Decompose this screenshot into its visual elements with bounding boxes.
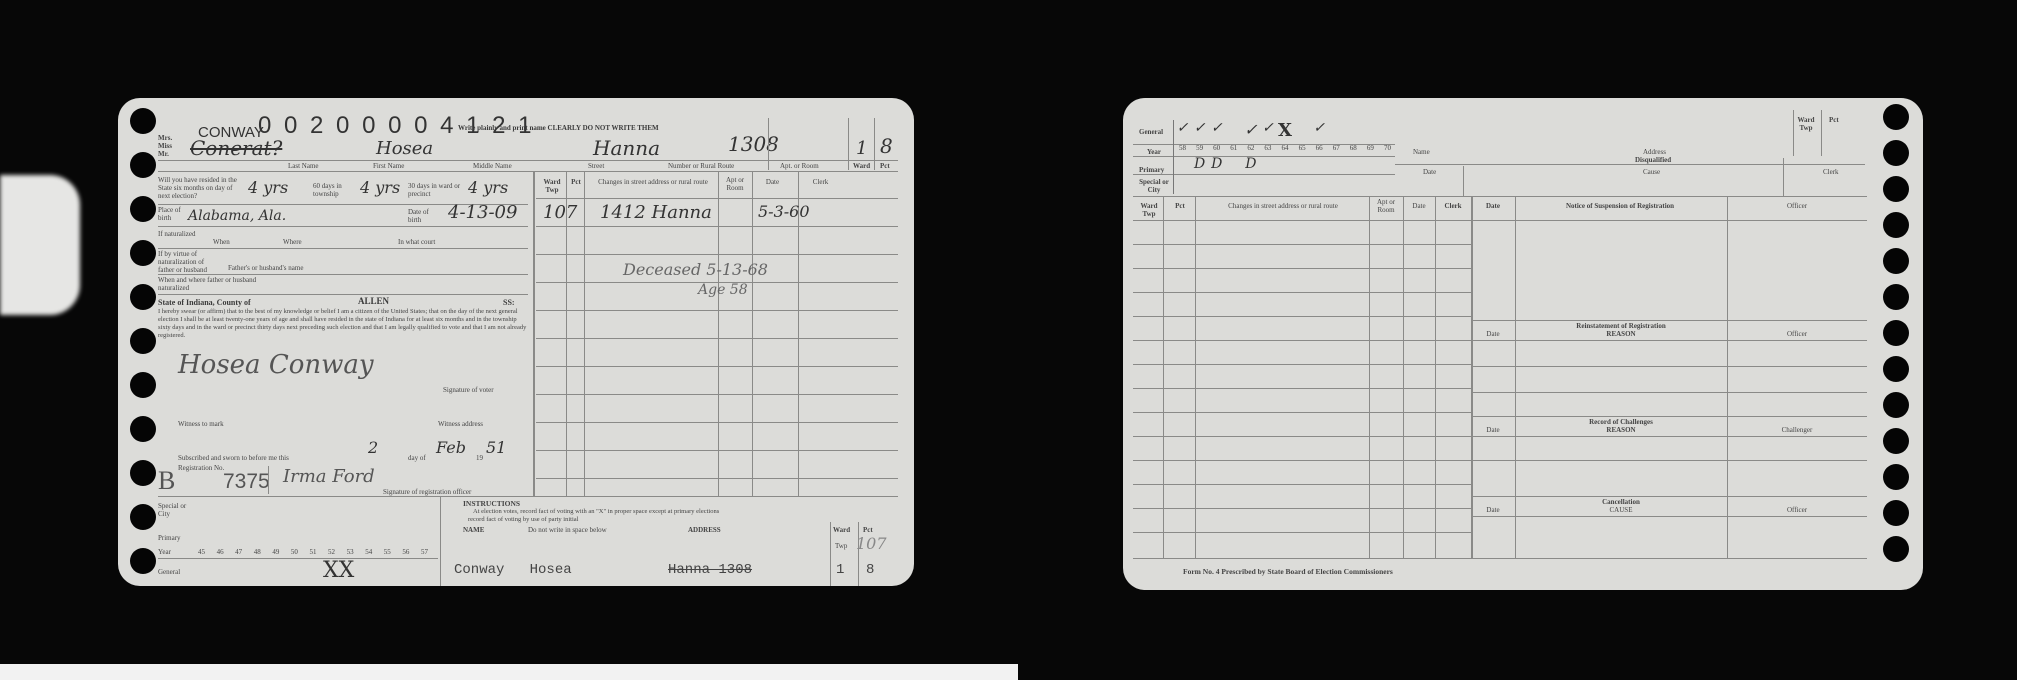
label-when: When: [213, 238, 230, 246]
label-year-prefix: 19: [476, 454, 483, 462]
label-subscribed: Subscribed and sworn to before me this: [178, 454, 289, 462]
subscribed-month: Feb: [436, 438, 466, 457]
subscribed-day: 2: [368, 438, 378, 457]
grid-years-front: 45464748495051525354555657: [198, 548, 428, 556]
label-street: Street: [588, 162, 604, 170]
header-notice: Write plainly and print name CLEARLY DO …: [458, 124, 659, 132]
street: Hanna: [593, 136, 660, 160]
prefix-labels: Mrs. Miss Mr.: [158, 134, 178, 158]
instructions-col-space: Do not write in space below: [528, 526, 607, 534]
col-pct: Pct: [568, 178, 584, 186]
general-vote-marks: XX: [323, 558, 354, 583]
suspension-col-notice: Notice of Suspension of Registration: [1515, 202, 1725, 210]
punch-hole: [130, 328, 156, 354]
cancellation-col-date: Date: [1473, 506, 1513, 514]
grid-label-year: Year: [158, 548, 171, 556]
punch-hole: [130, 548, 156, 574]
residency-q2-label: 60 days in township: [313, 182, 358, 198]
back-grid-label-general: General: [1139, 128, 1163, 136]
back-voting-grid: ✓ ✓ ✓ ✓ ✓ X ✓ 58 59 60 61 62 63 64 65 66…: [1173, 120, 1396, 194]
reinstatement-col-reason: REASON: [1515, 330, 1727, 338]
back-col-address-changes: Changes in street address or rural route: [1198, 202, 1368, 210]
change-ward: 107: [543, 202, 577, 223]
suspension-col-officer: Officer: [1727, 202, 1867, 210]
voter-registration-card-front: 0 0 2 0 0 0 0 4 1 2 1 Write plainly and …: [118, 98, 914, 586]
residency-q3-value: 4 yrs: [468, 178, 508, 197]
punch-hole: [1883, 212, 1909, 238]
cancellation-title: Cancellation: [1515, 498, 1727, 506]
punch-hole: [1883, 176, 1909, 202]
birth-place-label: Place of birth: [158, 206, 186, 222]
ward-value: 1: [856, 138, 867, 159]
punch-hole: [1883, 104, 1909, 130]
punch-hole: [130, 196, 156, 222]
col-clerk: Clerk: [798, 178, 843, 186]
oath-text: I hereby swear (or affirm) that to the b…: [158, 308, 528, 340]
label-when-where-naturalized: When and where father or husband natural…: [158, 276, 258, 292]
punch-hole: [130, 240, 156, 266]
oath-county: ALLEN: [358, 296, 389, 306]
label-first-name: First Name: [373, 162, 404, 170]
deceased-note: Deceased 5-13-68: [623, 260, 768, 279]
punch-hole: [130, 108, 156, 134]
grid-label-general: General: [158, 568, 180, 576]
typed-pct: 8: [866, 562, 874, 578]
label-father-naturalization: If by virtue of naturalization of father…: [158, 250, 218, 274]
reinstatement-col-officer: Officer: [1727, 330, 1867, 338]
label-court: In what court: [398, 238, 435, 246]
house-number: 1308: [728, 132, 779, 156]
punch-hole: [1883, 428, 1909, 454]
cancellation-col-officer: Officer: [1727, 506, 1867, 514]
punch-hole: [1883, 536, 1909, 562]
suspension-col-date: Date: [1473, 202, 1513, 210]
label-apt: Apt. or Room: [780, 162, 819, 170]
back-grid-label-primary: Primary: [1139, 166, 1164, 174]
challenges-col-date: Date: [1473, 426, 1513, 434]
col-ward-twp: Ward Twp: [538, 178, 566, 194]
label-witness-to-mark: Witness to mark: [178, 420, 224, 428]
punch-hole: [1883, 392, 1909, 418]
transfer-pct-label: Pct: [1829, 116, 1839, 124]
film-tab-artifact: [0, 175, 80, 315]
col-address-changes: Changes in street address or rural route: [588, 178, 718, 186]
cancellation-col-cause: CAUSE: [1515, 506, 1727, 514]
form-footer: Form No. 4 Prescribed by State Board of …: [1183, 568, 1393, 576]
transfer-clerk-label: Clerk: [1823, 168, 1839, 176]
transfer-cause-label: Cause: [1643, 168, 1660, 176]
transfer-disqualified-label: Disqualified: [1635, 156, 1671, 164]
oath-ss: SS:: [503, 298, 515, 307]
challenges-col-challenger: Challenger: [1727, 426, 1867, 434]
residency-q3-label: 30 days in ward or precinct: [408, 182, 468, 198]
voter-signature: Hosea Conway: [178, 350, 374, 380]
punch-hole: [1883, 500, 1909, 526]
label-ward: Ward: [853, 162, 870, 170]
transfer-date-label: Date: [1423, 168, 1436, 176]
back-grid-label-special: Special or City: [1139, 178, 1169, 194]
col-date: Date: [750, 178, 795, 186]
instructions-twp: Twp: [835, 542, 847, 550]
label-day-of: day of: [408, 454, 426, 462]
punch-hole: [130, 504, 156, 530]
punch-hole: [1883, 284, 1909, 310]
label-middle-name: Middle Name: [473, 162, 512, 170]
label-father-name: Father's or husband's name: [228, 264, 303, 272]
residency-q1-value: 4 yrs: [248, 178, 288, 197]
back-col-clerk: Clerk: [1435, 202, 1471, 210]
label-number: Number or Rural Route: [668, 162, 734, 170]
typed-ward: 1: [836, 562, 844, 578]
first-name: Hosea: [376, 138, 433, 159]
punch-hole: [130, 152, 156, 178]
residency-q1-label: Will you have resided in the State six m…: [158, 176, 243, 200]
transfer-ward-twp-label: Ward Twp: [1795, 116, 1817, 132]
grid-label-special: Special or City: [158, 502, 188, 518]
reinstatement-col-date: Date: [1473, 330, 1513, 338]
col-apt: Apt or Room: [720, 176, 750, 192]
registration-number: 7375: [223, 470, 270, 494]
residency-q2-value: 4 yrs: [360, 178, 400, 197]
punch-hole: [1883, 248, 1909, 274]
punch-hole: [1883, 320, 1909, 346]
film-edge-strip: [0, 664, 1018, 680]
punch-hole: [130, 372, 156, 398]
punch-hole: [130, 460, 156, 486]
label-last-name: Last Name: [288, 162, 319, 170]
reinstatement-title: Reinstatement of Registration: [1515, 322, 1727, 330]
transfer-name-label: Name: [1413, 148, 1430, 156]
label-witness-address: Witness address: [438, 420, 483, 428]
back-col-ward-twp: Ward Twp: [1135, 202, 1163, 218]
transfer-address-label: Address: [1643, 148, 1666, 156]
instructions-col-address: ADDRESS: [688, 526, 721, 534]
label-pct: Pct: [880, 162, 890, 170]
typed-address: Hanna 1308: [668, 562, 752, 578]
instructions-col-name: NAME: [463, 526, 484, 534]
instructions-col-ward: Ward: [833, 526, 850, 534]
change-address: 1412 Hanna: [600, 202, 712, 223]
voter-registration-card-back: General Year Primary Special or City ✓ ✓…: [1123, 98, 1923, 590]
instructions-line1: At election votes, record fact of voting…: [473, 508, 719, 516]
instructions-line2: record fact of voting by use of party in…: [468, 516, 578, 524]
punch-hole: [1883, 356, 1909, 382]
instructions-col-pct: Pct: [863, 526, 873, 534]
pct-value: 8: [880, 134, 893, 158]
label-where: Where: [283, 238, 302, 246]
typed-name: Conway Hosea: [454, 562, 572, 578]
birth-place-value: Alabama, Ala.: [188, 208, 286, 224]
instructions-title: INSTRUCTIONS: [463, 500, 520, 508]
challenges-title: Record of Challenges: [1515, 418, 1727, 426]
birth-date-label: Date of birth: [408, 208, 438, 224]
label-registration-no: Registration No.: [178, 464, 224, 472]
last-name-crossed: Conerat?: [190, 136, 282, 160]
label-registration-officer: Signature of registration officer: [383, 488, 471, 496]
back-col-apt: Apt or Room: [1371, 198, 1401, 214]
back-grid-label-year: Year: [1147, 148, 1161, 156]
punch-hole: [1883, 464, 1909, 490]
punch-hole: [130, 284, 156, 310]
age-note: Age 58: [698, 282, 748, 298]
birth-date-value: 4-13-09: [448, 202, 517, 223]
instructions-ward-handwritten: 107: [856, 534, 887, 553]
subscribed-year: 51: [486, 438, 506, 457]
oath-state-line: State of Indiana, County of: [158, 298, 251, 307]
back-col-pct: Pct: [1165, 202, 1195, 210]
challenges-col-reason: REASON: [1515, 426, 1727, 434]
grid-label-primary: Primary: [158, 534, 181, 542]
label-if-naturalized: If naturalized: [158, 230, 196, 238]
punch-hole: [1883, 140, 1909, 166]
change-date: 5-3-60: [758, 202, 810, 221]
back-col-date: Date: [1403, 202, 1435, 210]
punch-hole: [130, 416, 156, 442]
registration-officer-signature: Irma Ford: [283, 466, 375, 487]
registration-letter: B: [158, 466, 175, 496]
label-signature-of-voter: Signature of voter: [443, 386, 494, 394]
